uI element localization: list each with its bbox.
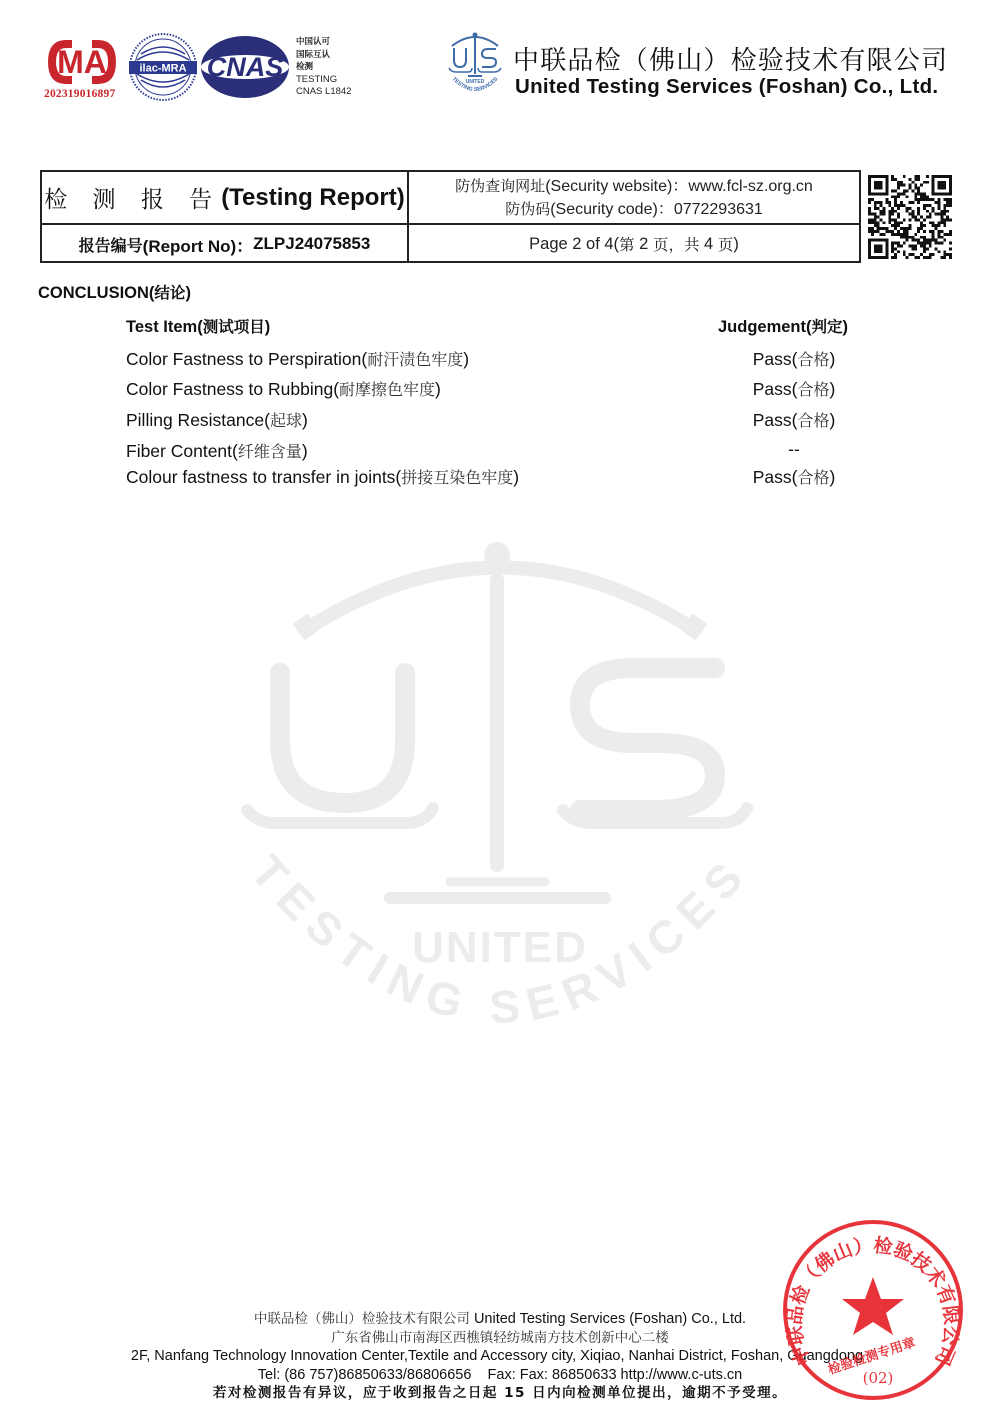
judgement-value: Pass(合格)	[714, 347, 874, 370]
test-item-row: Color Fastness to Rubbing(耐摩擦色牢度)	[126, 377, 441, 400]
report-number: 报告编号(Report No)：ZLPJ24075853	[42, 225, 407, 263]
uts-watermark-icon: UNITED TESTING SERVICES	[235, 525, 765, 1045]
report-number-value: ZLPJ24075853	[253, 234, 370, 254]
conclusion-heading: CONCLUSION(结论)	[38, 281, 191, 303]
judgement-value: Pass(合格)	[714, 377, 874, 400]
cnas-caption: 中国认可 国际互认 检测 TESTING CNAS L1842	[296, 36, 351, 99]
judgement-value: Pass(合格)	[714, 408, 874, 431]
judgement-value: Pass(合格)	[714, 465, 874, 488]
cnas-logo-icon: CNAS	[199, 34, 291, 100]
ilac-mra-logo-icon: ilac-MRA	[127, 32, 199, 102]
test-item-row: Colour fastness to transfer in joints(拼接…	[126, 465, 519, 488]
uts-scale-logo-icon: UNITED TESTING SERVICES	[446, 30, 504, 100]
security-code-value: 0772293631	[674, 201, 763, 218]
test-item-row: Fiber Content(纤维含量)	[126, 439, 308, 462]
cma-number: 202319016897	[44, 88, 115, 100]
security-website-link[interactable]: www.fcl-sz.org.cn	[688, 178, 812, 195]
test-item-row: Pilling Resistance(起球)	[126, 408, 308, 431]
report-title: 检 测 报 告(Testing Report)	[42, 172, 407, 223]
svg-text:ilac-MRA: ilac-MRA	[139, 63, 186, 75]
svg-text:UNITED: UNITED	[466, 79, 485, 85]
security-code: 防伪码(Security code)：0772293631	[505, 198, 763, 221]
qr-code-icon[interactable]	[868, 175, 952, 259]
svg-text:(02): (02)	[863, 1369, 894, 1387]
svg-text:MA: MA	[57, 44, 107, 80]
column-header-judgement: Judgement(判定)	[718, 315, 848, 337]
company-name-cn: 中联品检（佛山）检验技术有限公司	[513, 40, 948, 77]
judgement-value: --	[714, 439, 874, 460]
svg-text:TESTING SERVICES: TESTING SERVICES	[241, 845, 759, 1033]
security-website: 防伪查询网址(Security website)：www.fcl-sz.org.…	[455, 175, 813, 198]
security-info: 防伪查询网址(Security website)：www.fcl-sz.org.…	[409, 172, 859, 223]
company-name-en: United Testing Services (Foshan) Co., Lt…	[515, 75, 938, 99]
column-header-test-item: Test Item(测试项目)	[126, 315, 270, 337]
report-header-table: 检 测 报 告(Testing Report) 报告编号(Report No)：…	[40, 170, 861, 263]
svg-text:UNITED: UNITED	[412, 923, 588, 972]
page-indicator: Page 2 of 4(第 2 页，共 4 页)	[409, 225, 859, 263]
company-seal-icon: 中联品检（佛山）检验技术有限公司 检验检测专用章 (02)	[778, 1215, 968, 1405]
test-item-row: Color Fastness to Perspiration(耐汗渍色牢度)	[126, 347, 469, 370]
svg-text:CNAS: CNAS	[207, 52, 284, 82]
